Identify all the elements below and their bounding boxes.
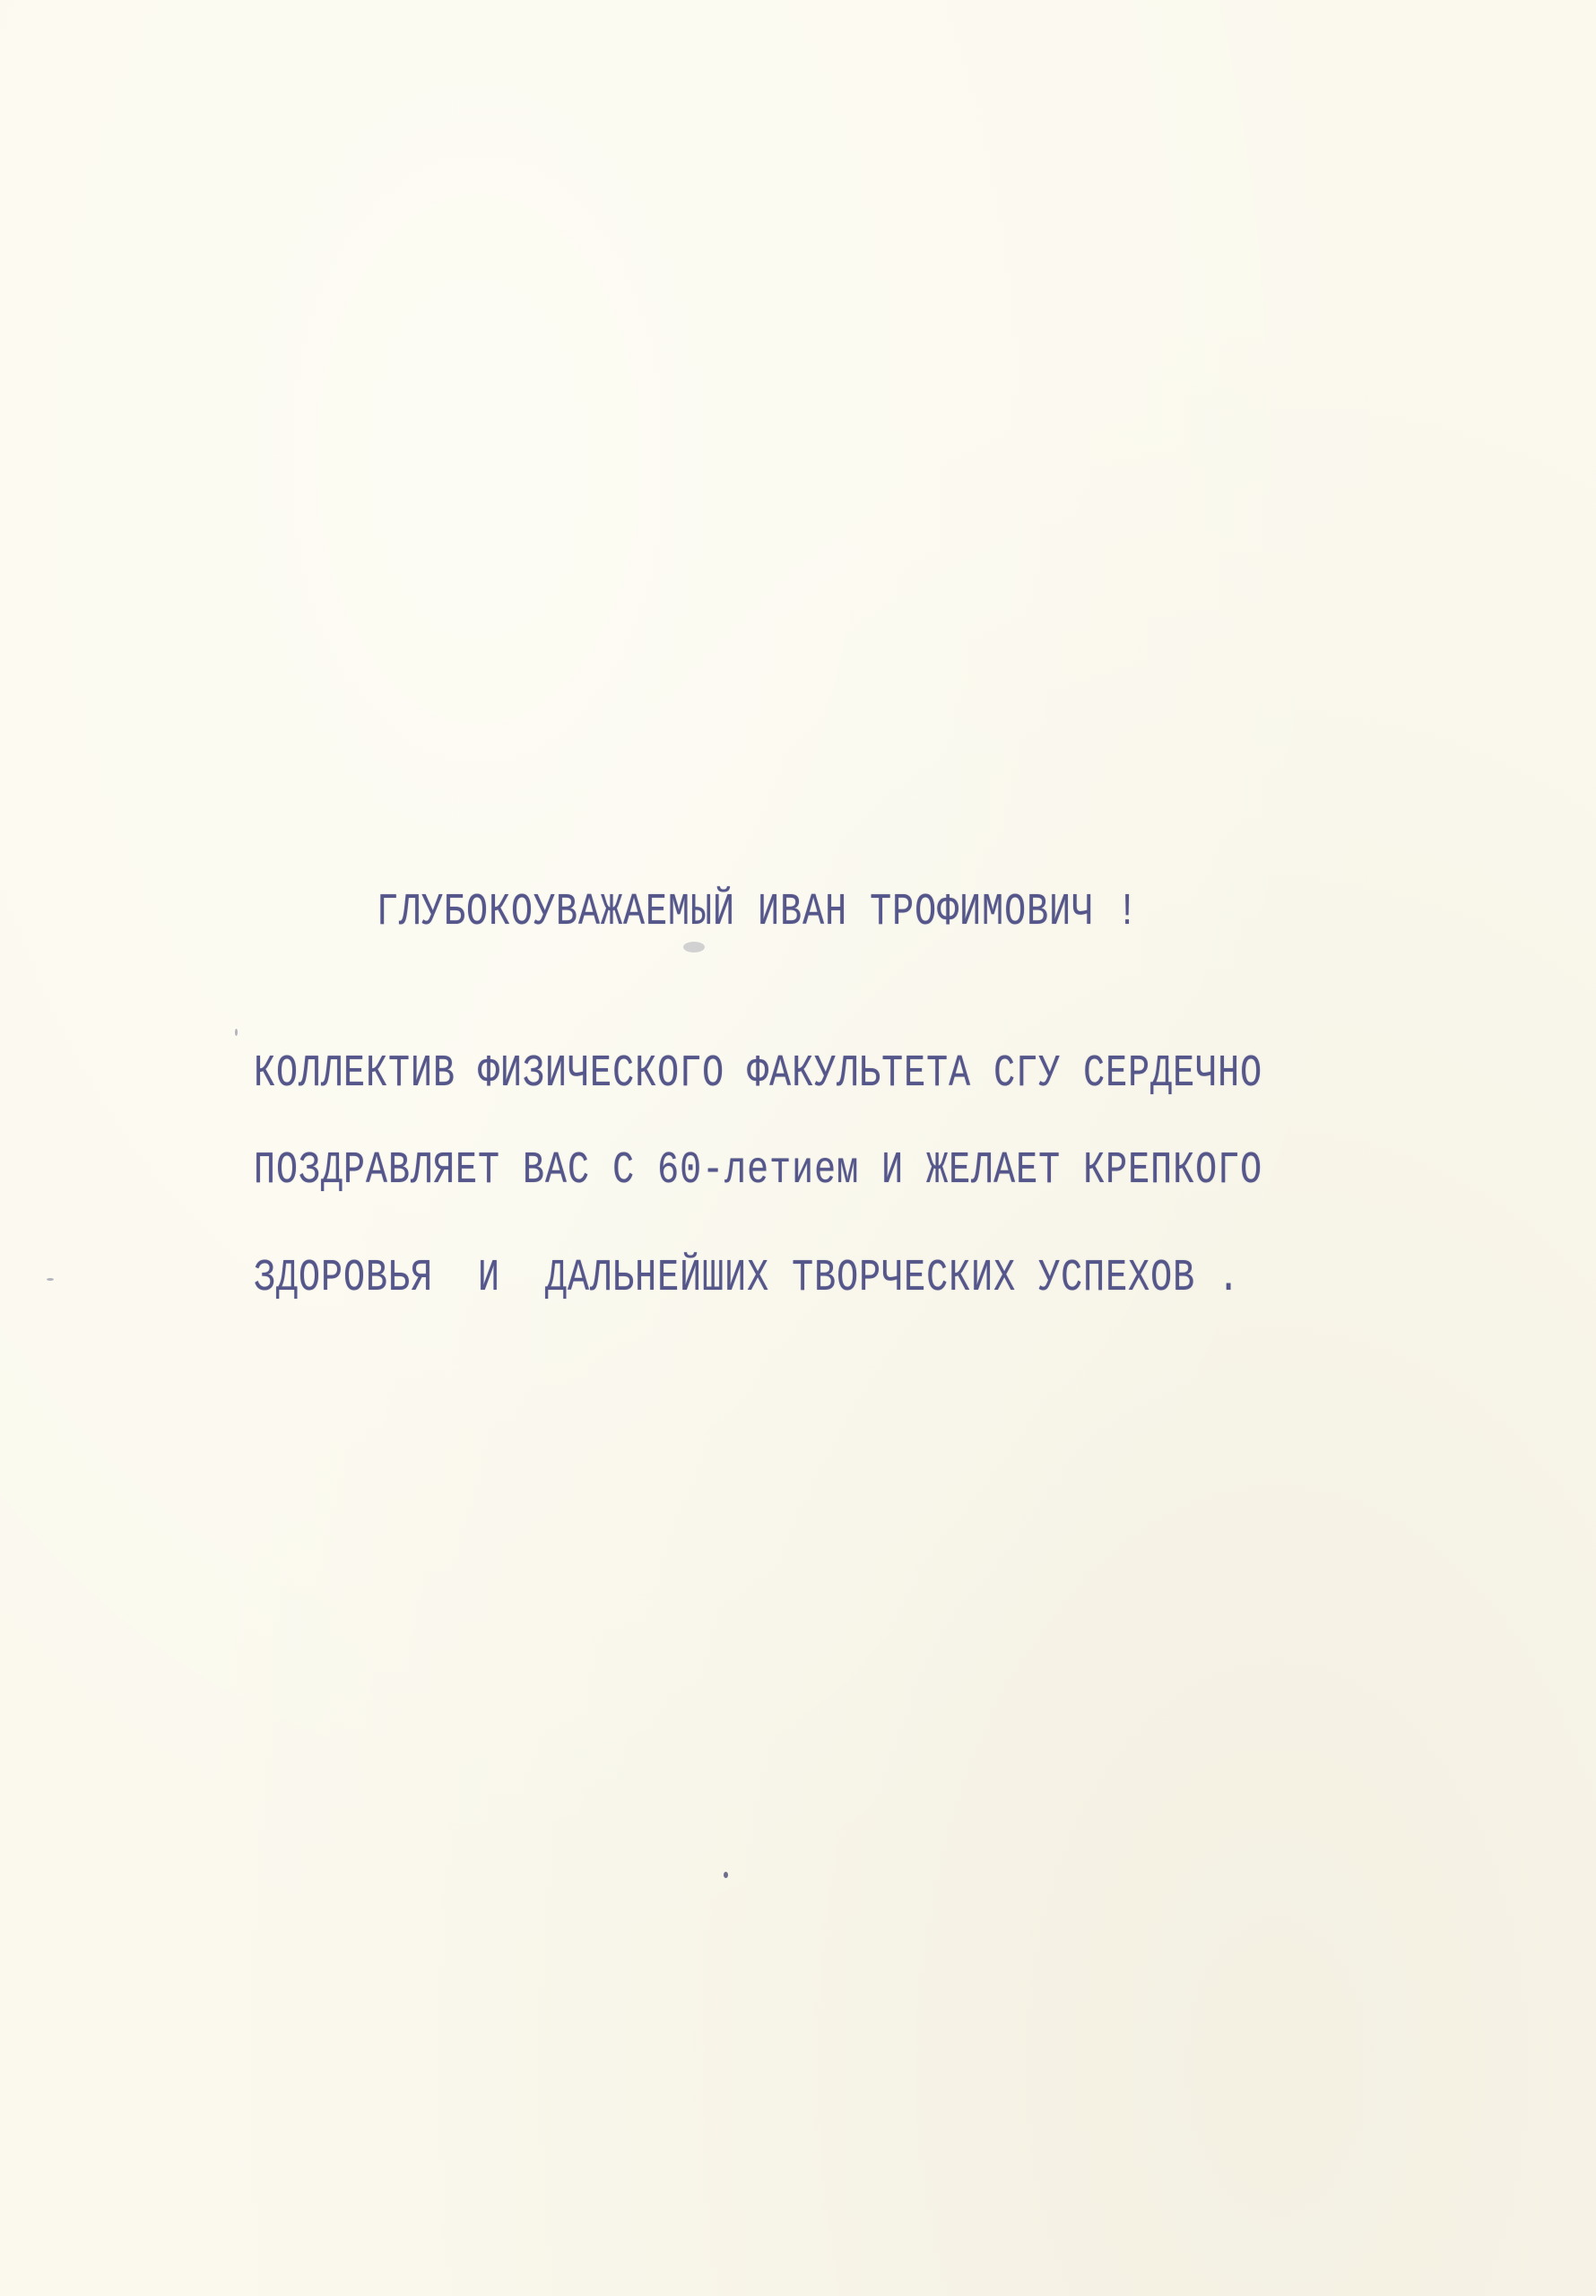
paper-sheet: ГЛУБОКОУВАЖАЕМЫЙ ИВАН ТРОФИМОВИЧ ! КОЛЛЕ… xyxy=(0,0,1596,2296)
ink-smudge xyxy=(683,942,705,952)
body-line: ПОЗДРАВЛЯЕТ ВАС С 60-летием И ЖЕЛАЕТ КРЕ… xyxy=(254,1146,1262,1196)
ink-speck xyxy=(724,1872,728,1878)
ink-speck xyxy=(47,1278,54,1281)
body-line: ЗДОРОВЬЯ И ДАЛЬНЕЙШИХ ТВОРЧЕСКИХ УСПЕХОВ… xyxy=(254,1254,1240,1304)
salutation: ГЛУБОКОУВАЖАЕМЫЙ ИВАН ТРОФИМОВИЧ ! xyxy=(377,888,1139,938)
body-line: КОЛЛЕКТИВ ФИЗИЧЕСКОГО ФАКУЛЬТЕТА СГУ СЕР… xyxy=(254,1049,1262,1100)
ink-speck xyxy=(235,1029,238,1036)
